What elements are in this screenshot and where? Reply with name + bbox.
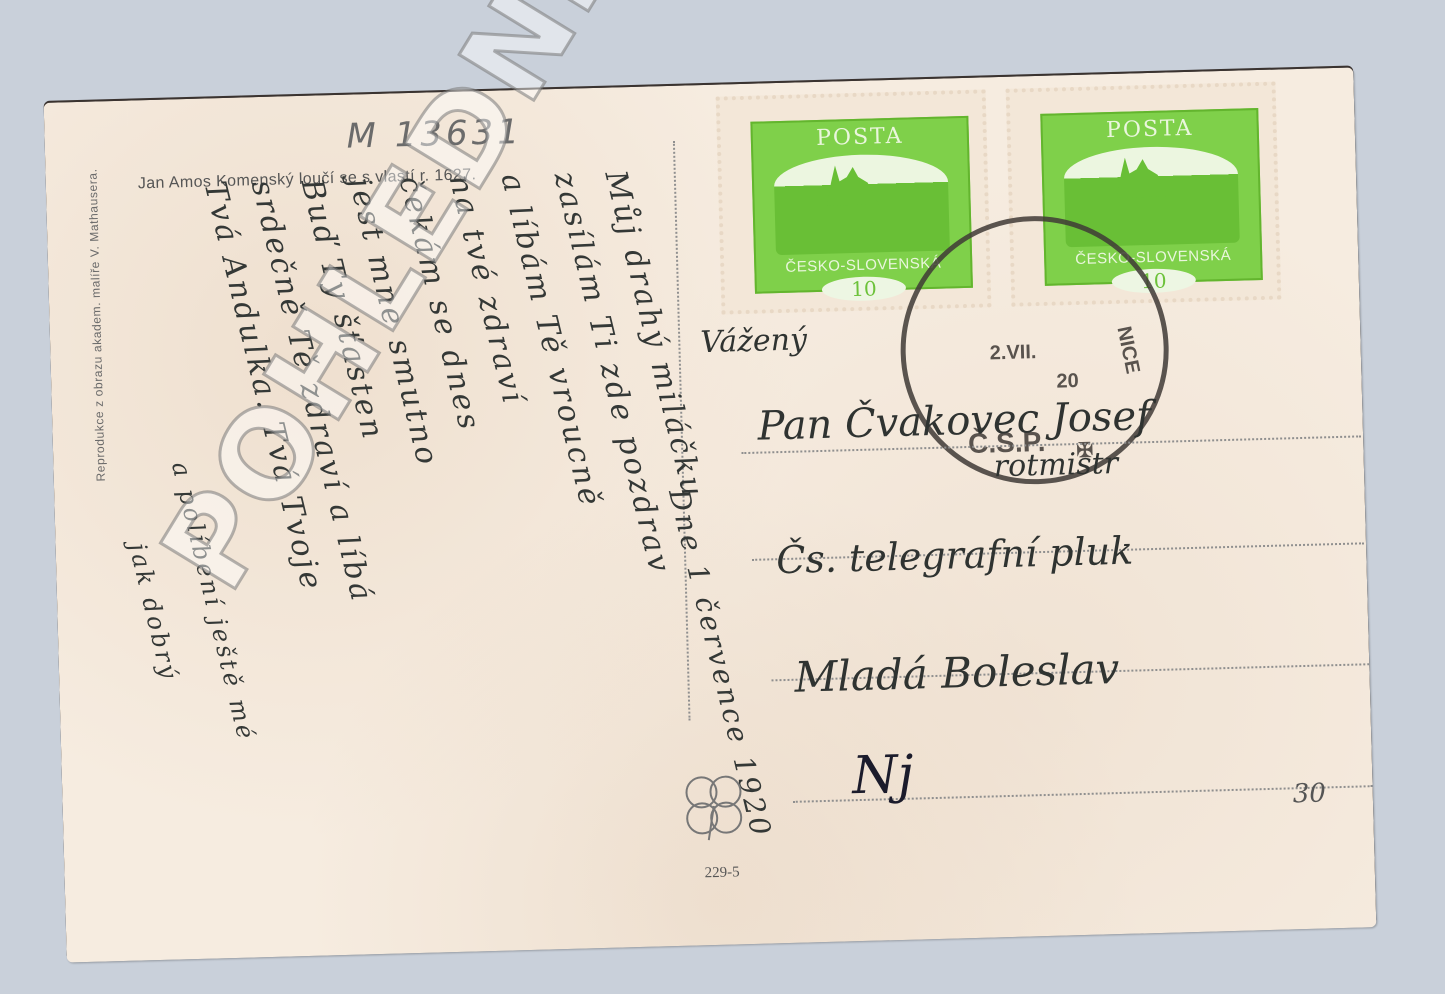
signature-mark: Nj: [851, 745, 914, 807]
address-city: Mladá Boleslav: [794, 644, 1120, 702]
postmark-date: 2.VII.: [989, 341, 1036, 365]
stamp-value: 10: [822, 276, 907, 302]
postcard-back: M 13631 Jan Amos Komenský loučí se s vla…: [44, 67, 1377, 962]
address-unit: Čs. telegrafní pluk: [776, 529, 1134, 583]
stamp-header: POSTA: [753, 122, 968, 153]
address-salutation: Vážený: [700, 322, 808, 360]
price-note: 30: [1292, 778, 1326, 809]
message-line: a políbení ještě mé: [166, 459, 260, 744]
printer-imprint: Reprodukce z obrazu akadem. malíře V. Ma…: [85, 168, 107, 481]
archive-number: M 13631: [346, 112, 523, 157]
postmark-year: 20: [1056, 370, 1079, 394]
hradcany-castle-icon: [773, 152, 950, 255]
series-number: 229-5: [704, 864, 739, 882]
publisher-clover-icon: [677, 769, 751, 843]
postmark-place: NICE: [1112, 324, 1144, 375]
address-rank: rotmistr: [993, 446, 1118, 484]
message-line: jak dobrý: [123, 540, 183, 684]
stamp-header: POSTA: [1042, 114, 1257, 145]
